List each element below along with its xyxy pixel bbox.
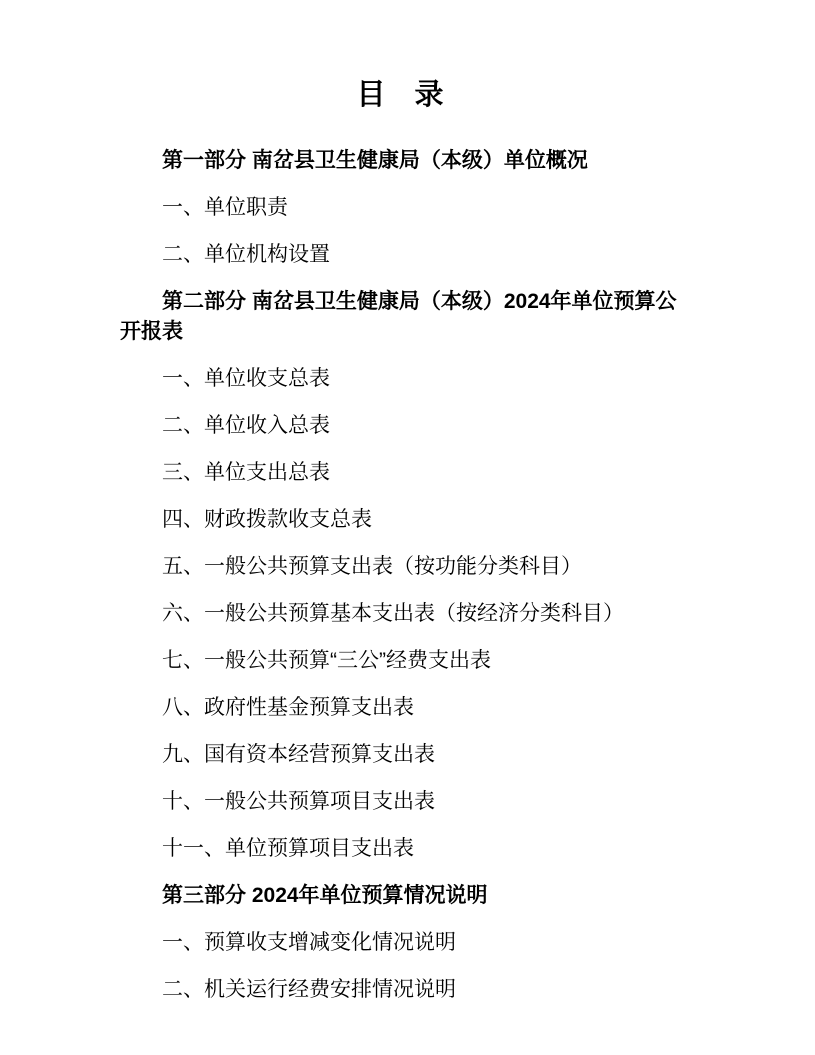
toc-page: 目 录 第一部分 南岔县卫生健康局（本级）单位概况 一、单位职责 二、单位机构设… xyxy=(0,0,815,1055)
toc-item: 七、一般公共预算“三公”经费支出表 xyxy=(120,646,680,676)
toc-item: 一、单位职责 xyxy=(120,193,680,223)
page-title: 目 录 xyxy=(120,78,680,112)
toc-item: 二、单位收入总表 xyxy=(120,411,680,441)
toc-item: 六、一般公共预算基本支出表（按经济分类科目） xyxy=(120,599,680,629)
toc-item: 五、一般公共预算支出表（按功能分类科目） xyxy=(120,552,680,582)
toc-item: 三、单位支出总表 xyxy=(120,458,680,488)
toc-item: 一、预算收支增减变化情况说明 xyxy=(120,928,680,958)
toc-item: 九、国有资本经营预算支出表 xyxy=(120,740,680,770)
toc-item: 一、单位收支总表 xyxy=(120,364,680,394)
toc-heading-part2: 第二部分 南岔县卫生健康局（本级）2024年单位预算公开报表 xyxy=(120,287,680,347)
toc-item: 十、一般公共预算项目支出表 xyxy=(120,787,680,817)
toc-item: 二、机关运行经费安排情况说明 xyxy=(120,975,680,1005)
toc-item: 四、财政拨款收支总表 xyxy=(120,505,680,535)
toc-item: 十一、单位预算项目支出表 xyxy=(120,834,680,864)
toc-item: 八、政府性基金预算支出表 xyxy=(120,693,680,723)
toc-heading-part3: 第三部分 2024年单位预算情况说明 xyxy=(120,881,680,911)
toc-heading-part1: 第一部分 南岔县卫生健康局（本级）单位概况 xyxy=(120,146,680,176)
toc-item: 二、单位机构设置 xyxy=(120,240,680,270)
